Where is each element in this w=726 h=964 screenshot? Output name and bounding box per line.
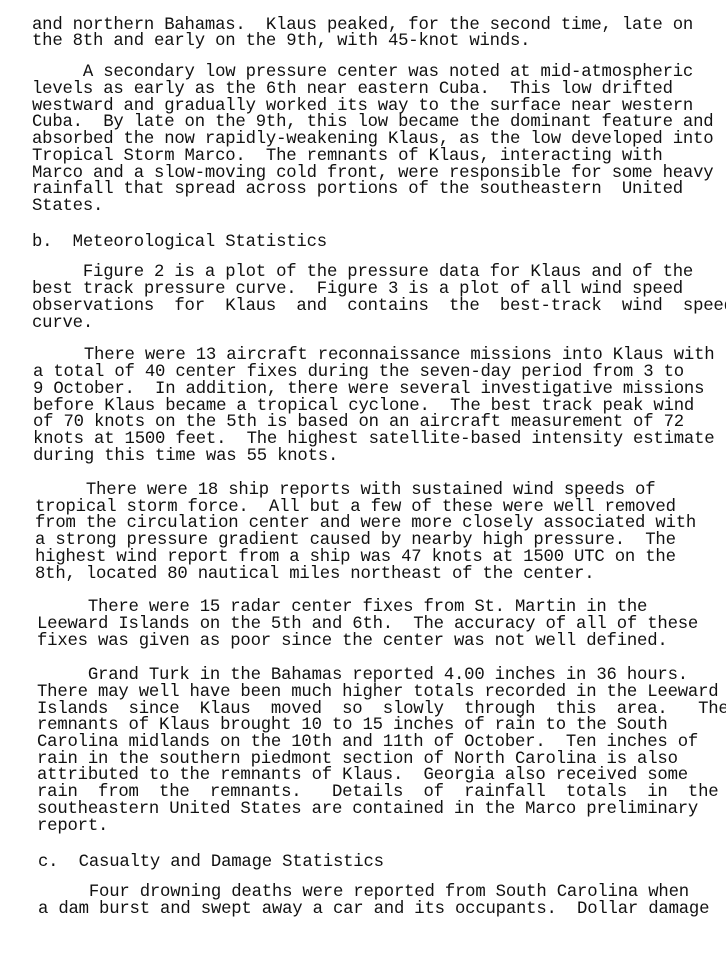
text-line: Cuba. By late on the 9th, this low becam… [32,114,713,131]
text-line: 9 October. In addition, there were sever… [33,381,704,398]
text-line: absorbed the now rapidly-weakening Klaus… [32,131,713,148]
text-line: Grand Turk in the Bahamas reported 4.00 … [37,667,688,684]
text-line: the 8th and early on the 9th, with 45-kn… [32,33,530,50]
text-line: a dam burst and swept away a car and its… [38,901,709,918]
text-line: Carolina midlands on the 10th and 11th o… [37,734,698,751]
text-line: There may well have been much higher tot… [37,684,718,701]
text-line: rainfall that spread across portions of … [32,181,683,198]
text-line: A secondary low pressure center was note… [32,64,693,81]
text-line: of 70 knots on the 5th is based on an ai… [33,414,684,431]
text-line: curve. [32,315,93,332]
text-line: There were 13 aircraft reconnaissance mi… [33,347,714,364]
text-line: Tropical Storm Marco. The remnants of Kl… [32,148,663,165]
text-line: best track pressure curve. Figure 3 is a… [32,281,683,298]
text-line: rain from the remnants. Details of rainf… [37,784,718,801]
text-line: There were 15 radar center fixes from St… [37,599,647,616]
text-line: southeastern United States are contained… [37,801,698,818]
text-line: a total of 40 center fixes during the se… [33,364,684,381]
section-heading-casualty-damage-statistics: c. Casualty and Damage Statistics [38,854,384,871]
document-page: and northern Bahamas. Klaus peaked, for … [0,0,726,964]
text-line: from the circulation center and were mor… [35,515,696,532]
section-heading-meteorological-statistics: b. Meteorological Statistics [32,234,327,251]
text-line: There were 18 ship reports with sustaine… [35,482,655,499]
text-line: Four drowning deaths were reported from … [38,884,689,901]
text-line: during this time was 55 knots. [33,448,338,465]
text-line: a strong pressure gradient caused by nea… [35,532,676,549]
text-line: Leeward Islands on the 5th and 6th. The … [37,616,698,633]
text-line: report. [37,818,108,835]
text-line: States. [32,198,103,215]
text-line: remnants of Klaus brought 10 to 15 inche… [37,717,668,734]
text-line: Figure 2 is a plot of the pressure data … [32,264,693,281]
text-line: 8th, located 80 nautical miles northeast… [35,566,594,583]
text-line: observations for Klaus and contains the … [32,298,726,315]
text-line: fixes was given as poor since the center… [37,633,668,650]
text-line: levels as early as the 6th near eastern … [32,81,673,98]
text-line: knots at 1500 feet. The highest satellit… [33,431,714,448]
text-line: attributed to the remnants of Klaus. Geo… [37,767,688,784]
text-line: highest wind report from a ship was 47 k… [35,549,676,566]
